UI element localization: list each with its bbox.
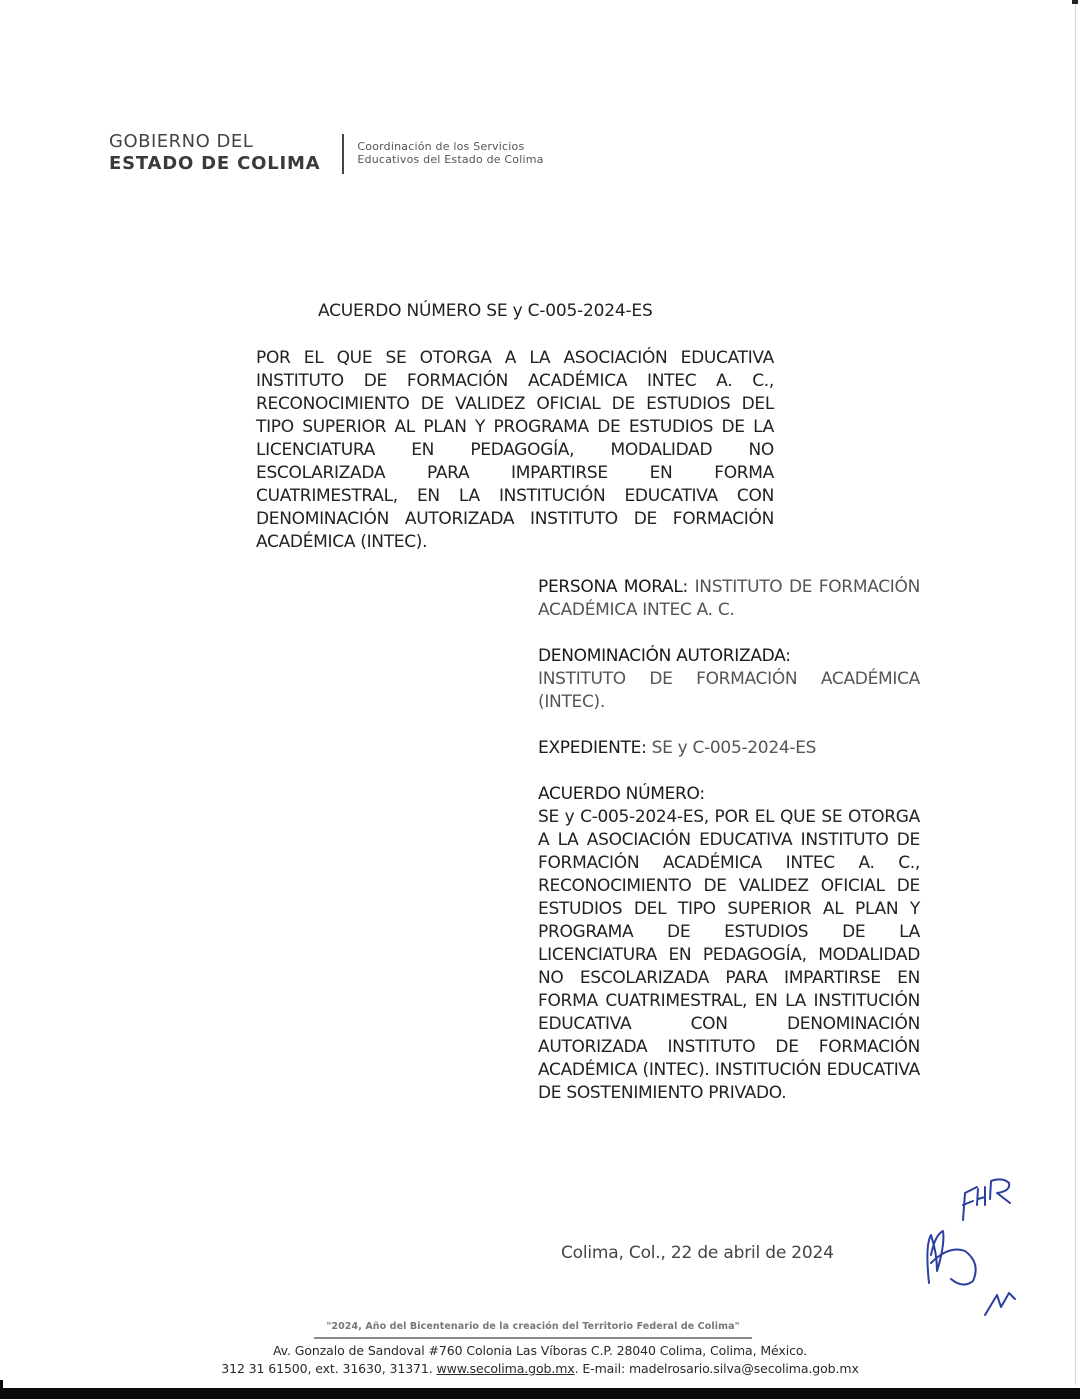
government-logo-text: GOBIERNO DEL ESTADO DE COLIMA [109,131,320,175]
expediente-value: SE y C-005-2024-ES [652,738,817,758]
email-prefix: . E-mail: [575,1361,629,1376]
acuerdo-value: SE y C-005-2024-ES, POR EL QUE SE OTORGA… [538,806,920,1105]
footer-divider [314,1337,752,1339]
letterhead: GOBIERNO DEL ESTADO DE COLIMA Coordinaci… [109,131,544,175]
expediente-label: EXPEDIENTE: [538,738,647,758]
gov-line-2: ESTADO DE COLIMA [109,153,320,175]
acuerdo-label: ACUERDO NÚMERO: [538,783,920,806]
scan-border [0,1380,3,1388]
email-link[interactable]: madelrosario.silva@secolima.gob.mx [629,1361,859,1376]
place-and-date: Colima, Col., 22 de abril de 2024 [561,1243,834,1263]
coordination-text: Coordinación de los Servicios Educativos… [357,140,543,166]
footer-address: Av. Gonzalo de Sandoval #760 Colonia Las… [0,1342,1080,1360]
field-persona-moral: PERSONA MORAL: INSTITUTO DE FORMACIÓN AC… [538,576,920,622]
document-title: ACUERDO NÚMERO SE y C-005-2024-ES [318,301,653,321]
coord-line-1: Coordinación de los Servicios [357,140,543,153]
footer-slogan: "2024, Año del Bicentenario de la creaci… [318,1321,748,1332]
field-acuerdo: ACUERDO NÚMERO: SE y C-005-2024-ES, POR … [538,783,920,1105]
persona-moral-label: PERSONA MORAL: [538,577,688,597]
website-link[interactable]: www.secolima.gob.mx [437,1361,575,1376]
header-divider [342,134,344,174]
scan-corner-mark [1072,0,1078,4]
scan-border-bottom [0,1388,1080,1399]
signature-icon [915,1175,1025,1335]
footer-phone-web-email: 312 31 61500, ext. 31630, 31371. www.sec… [0,1360,1080,1378]
footer-phone: 312 31 61500, ext. 31630, 31371. [221,1361,432,1376]
field-expediente: EXPEDIENTE: SE y C-005-2024-ES [538,737,920,760]
coord-line-2: Educativos del Estado de Colima [357,153,543,166]
field-denominacion: DENOMINACIÓN AUTORIZADA: INSTITUTO DE FO… [538,645,920,714]
agreement-intro: POR EL QUE SE OTORGA A LA ASOCIACIÓN EDU… [256,347,774,554]
footer-contact: Av. Gonzalo de Sandoval #760 Colonia Las… [0,1342,1080,1378]
denominacion-label: DENOMINACIÓN AUTORIZADA: [538,645,920,668]
gov-line-1: GOBIERNO DEL [109,131,320,153]
denominacion-value: INSTITUTO DE FORMACIÓN ACADÉMICA (INTEC)… [538,668,920,714]
paper-edge [1075,0,1076,1385]
